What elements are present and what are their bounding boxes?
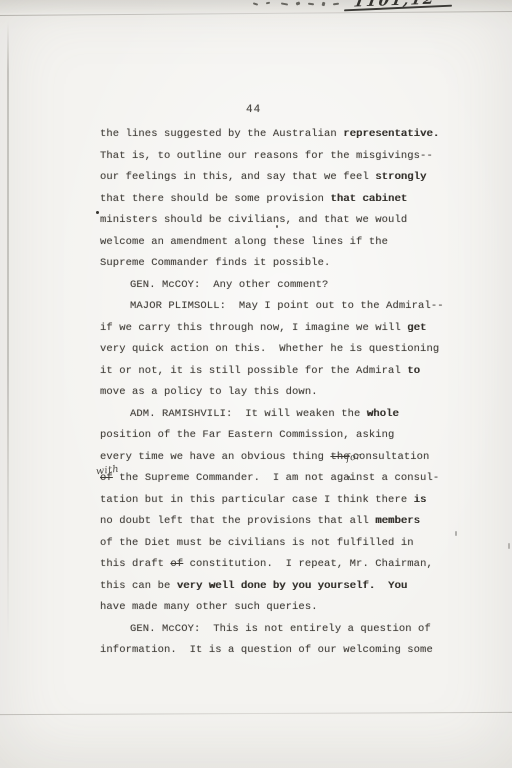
typed-text: our feelings in this, and say that we fe… — [100, 171, 375, 183]
typed-text: every time we have an obvious thing — [100, 451, 330, 463]
typed-text: very well done by you yourself. You — [177, 580, 407, 592]
typed-line: That is, to outline our reasons for the … — [100, 146, 500, 168]
handwriting-fragment — [333, 3, 339, 6]
typed-text: the lines suggested by the Australian — [100, 128, 343, 140]
typed-text: if we carry this through now, I imagine … — [100, 322, 407, 334]
struck-text: of — [170, 558, 183, 570]
typed-line: Supreme Commander finds it possible. — [100, 253, 500, 275]
typed-text: strongly — [375, 171, 426, 183]
typed-text: GEN. McCOY: Any other comment? — [130, 279, 328, 291]
typed-text: move as a policy to lay this down. — [100, 386, 318, 398]
typed-text: the Supreme Commander. I am not against … — [113, 472, 439, 484]
handwriting-fragment — [253, 2, 258, 5]
typed-line: GEN. McCOY: This is not entirely a quest… — [100, 619, 500, 641]
typed-text: Supreme Commander finds it possible. — [100, 257, 330, 269]
typed-text: no doubt left that the provisions that a… — [100, 515, 375, 527]
typed-line: every time we have an obvious thing thef… — [100, 447, 500, 469]
typed-line: ministers should be civilians, and that … — [100, 210, 500, 232]
struck-text: ofwith — [100, 472, 113, 484]
handwriting-fragment — [266, 2, 270, 5]
typed-line: GEN. McCOY: Any other comment? — [100, 275, 500, 297]
typed-text: that cabinet — [330, 193, 407, 205]
typed-text: whole — [367, 408, 399, 420]
typed-line: welcome an amendment along these lines i… — [100, 232, 500, 254]
caret-mark: ∧ — [347, 468, 352, 490]
typed-line: move as a policy to lay this down. — [100, 382, 500, 404]
typed-text: that there should be some provision — [100, 193, 330, 205]
typed-text: this draft — [100, 558, 170, 570]
typed-text: information. It is a question of our wel… — [100, 644, 433, 656]
typed-line: the lines suggested by the Australian re… — [100, 124, 500, 146]
ink-speck — [276, 225, 278, 228]
typed-text: very quick action on this. Whether he is… — [100, 343, 439, 355]
typed-line: our feelings in this, and say that we fe… — [100, 167, 500, 189]
typed-line: if we carry this through now, I imagine … — [100, 318, 500, 340]
typed-text: position of the Far Eastern Commission, … — [100, 429, 394, 441]
typed-text: to — [407, 365, 420, 377]
typed-text: members — [375, 515, 420, 527]
ink-speck — [508, 543, 510, 549]
handwriting-fragment — [296, 1, 301, 5]
handwritten-insert: for — [344, 446, 362, 469]
typed-text: tation but in this particular case I thi… — [100, 494, 414, 506]
typed-text: it or not, it is still possible for the … — [100, 365, 407, 377]
typed-line: MAJOR PLIMSOLL: May I point out to the A… — [100, 296, 500, 318]
typed-line: have made many other such queries. — [100, 597, 500, 619]
handwriting-fragment — [308, 3, 314, 6]
typed-line: no doubt left that the provisions that a… — [100, 511, 500, 533]
typed-line: ADM. RAMISHVILI: It will weaken the whol… — [100, 404, 500, 426]
typed-text: That is, to outline our reasons for the … — [100, 150, 433, 162]
typed-line: very quick action on this. Whether he is… — [100, 339, 500, 361]
ink-speck — [455, 531, 457, 536]
typed-text: of the Diet must be civilians is not ful… — [100, 537, 414, 549]
typed-line: ofwith the Supreme Commander. I am not a… — [100, 468, 500, 490]
typed-text: MAJOR PLIMSOLL: May I point out to the A… — [130, 300, 444, 312]
handwriting-fragment — [281, 2, 288, 5]
typed-line: this can be very well done by you yourse… — [100, 576, 500, 598]
typed-line: of the Diet must be civilians is not ful… — [100, 533, 500, 555]
scanned-page: 1101,12 44 the lines suggested by the Au… — [0, 0, 512, 768]
typed-text: have made many other such queries. — [100, 601, 318, 613]
handwriting-fragment — [322, 2, 326, 7]
page-number: 44 — [246, 104, 261, 116]
typed-text: consultation — [353, 451, 430, 463]
typed-text: ministers should be civilians, and that … — [100, 214, 407, 226]
typed-text: representative. — [343, 128, 439, 140]
typed-lines: the lines suggested by the Australian re… — [100, 124, 500, 662]
typed-text: get — [407, 322, 426, 334]
typed-line: it or not, it is still possible for the … — [100, 361, 500, 383]
handwritten-insert: with — [95, 459, 121, 483]
typed-line: position of the Far Eastern Commission, … — [100, 425, 500, 447]
typed-line: information. It is a question of our wel… — [100, 640, 500, 662]
page-edge-bottom — [0, 712, 512, 715]
page-edge-top — [0, 11, 512, 16]
typed-text: this can be — [100, 580, 177, 592]
typed-text: GEN. McCOY: This is not entirely a quest… — [130, 623, 431, 635]
typed-text: ADM. RAMISHVILI: It will weaken the — [130, 408, 367, 420]
typed-text: is — [414, 494, 427, 506]
typed-text: constitution. I repeat, Mr. Chairman, — [183, 558, 433, 570]
typed-line: tation but in this particular case I thi… — [100, 490, 500, 512]
typed-line: this draft of constitution. I repeat, Mr… — [100, 554, 500, 576]
page-edge-left — [7, 22, 9, 642]
typed-line: that there should be some provision that… — [100, 189, 500, 211]
typed-text: welcome an amendment along these lines i… — [100, 236, 388, 248]
ink-speck — [96, 211, 99, 214]
